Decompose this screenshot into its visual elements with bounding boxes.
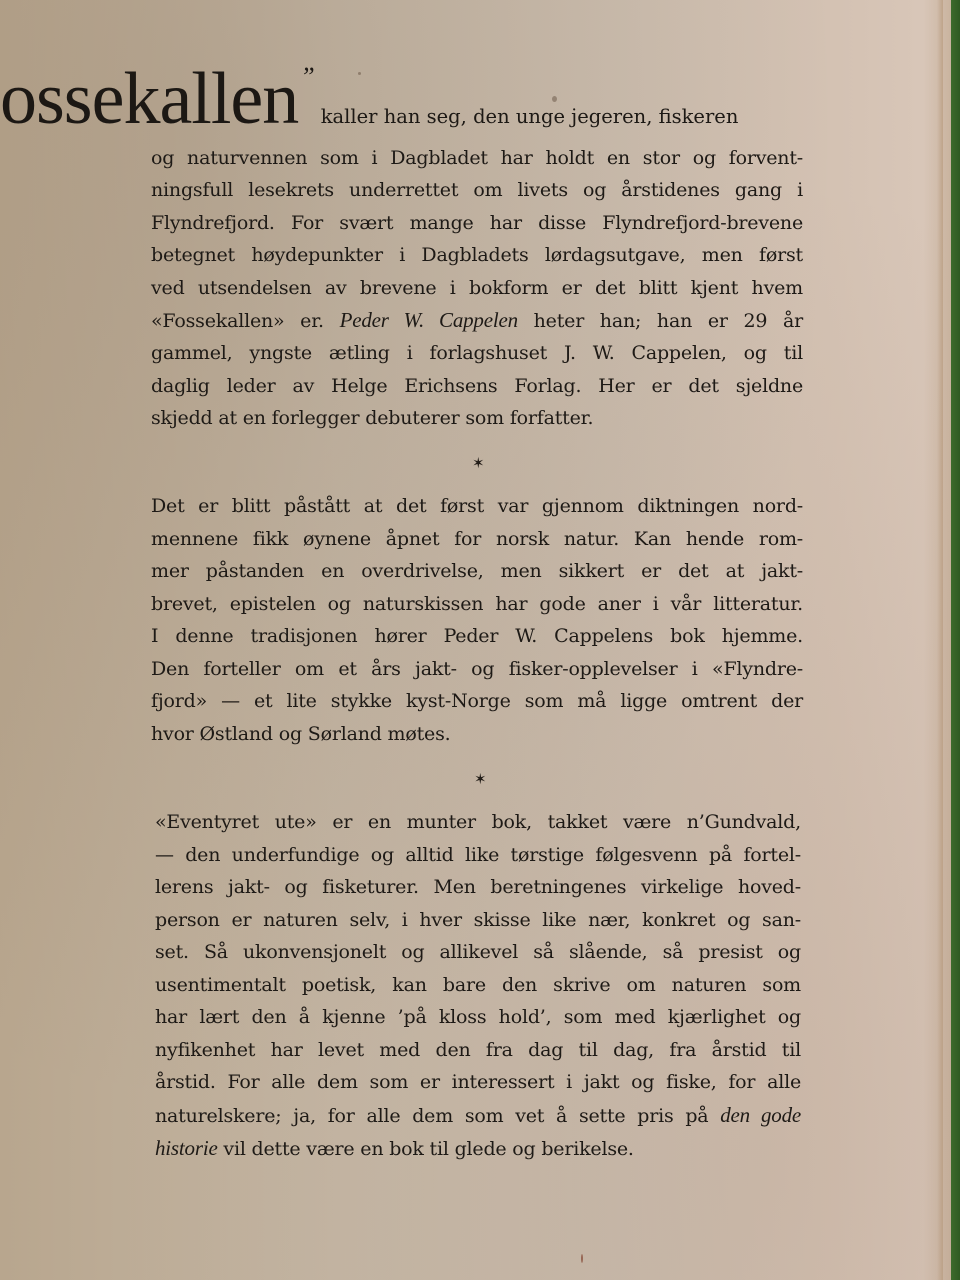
italic-phrase: den gode [720, 1103, 801, 1127]
text-fragment: vil dette være en bok til glede og berik… [223, 1138, 633, 1160]
text-fragment: heter han; han er 29 år [534, 310, 803, 332]
text-line: fjord» — et lite stykke kyst-Norge som m… [151, 685, 803, 718]
text-line: skjedd at en forlegger debuterer som for… [151, 402, 803, 434]
green-cover-edge [951, 0, 960, 1280]
text-line: gammel, yngste ætling i forlagshuset J. … [151, 337, 803, 369]
text-line: «Eventyret ute» er en munter bok, takket… [155, 806, 801, 839]
text-line: mer påstanden en overdrivelse, men sikke… [151, 555, 803, 588]
text-line: og naturvennen som i Dagbladet har holdt… [151, 142, 803, 174]
text-line: ved utsendelsen av brevene i bokform er … [151, 272, 803, 304]
text-line: betegnet høydepunkter i Dagbladets lørda… [151, 239, 803, 271]
closing-quote: ” [300, 62, 314, 91]
text-line: brevet, epistelen og naturskissen har go… [151, 588, 803, 621]
book-page: ossekallen”kaller han seg, den unge jege… [0, 0, 952, 1280]
page-edge-shadow [937, 0, 943, 1280]
text-line: Den forteller om et års jakt- og fisker-… [151, 653, 803, 686]
paper-speck [581, 1254, 583, 1263]
text-line: I denne tradisjonen hører Peder W. Cappe… [151, 620, 803, 653]
author-name-italic: Peder W. Cappelen [340, 308, 518, 332]
text-line: Det er blitt påstått at det først var gj… [151, 490, 803, 523]
paragraph-1: og naturvennen som i Dagbladet har holdt… [151, 142, 803, 435]
section-separator-asterisk: ✶ [474, 770, 487, 788]
text-line-with-italic: naturelskere; ja, for alle dem som vet å… [155, 1099, 801, 1133]
title-tail-text: kaller han seg, den unge jegeren, fisker… [321, 105, 739, 128]
text-line-with-italic: «Fossekallen» er. Peder W. Cappelen hete… [151, 304, 803, 337]
text-fragment: naturelskere; ja, for alle dem som vet å… [155, 1105, 708, 1127]
text-line: mennene fikk øynene åpnet for norsk natu… [151, 523, 803, 556]
section-separator-asterisk: ✶ [472, 454, 485, 472]
text-line: set. Så ukonvensjonelt og allikevel så s… [155, 936, 801, 969]
text-line: ningsfull lesekrets underrettet om livet… [151, 174, 803, 206]
italic-phrase: historie [155, 1136, 218, 1160]
text-line: — den underfundige og alltid like tørsti… [155, 839, 801, 872]
text-line: lerens jakt- og fisketurer. Men beretnin… [155, 871, 801, 904]
text-line: nyfikenhet har levet med den fra dag til… [155, 1034, 801, 1067]
text-line: usentimentalt poetisk, kan bare den skri… [155, 969, 801, 1002]
text-line: hvor Østland og Sørland møtes. [151, 718, 803, 751]
title-word: ossekallen [0, 58, 298, 140]
text-line: person er naturen selv, i hver skisse li… [155, 904, 801, 937]
text-line: Flyndrefjord. For svært mange har disse … [151, 207, 803, 239]
text-line: har lært den å kjenne ’på kloss hold’, s… [155, 1001, 801, 1034]
text-line: årstid. For alle dem som er interessert … [155, 1066, 801, 1099]
text-fragment: «Fossekallen» er. [151, 310, 324, 332]
text-line: daglig leder av Helge Erichsens Forlag. … [151, 370, 803, 402]
title-line: ossekallen”kaller han seg, den unge jege… [0, 62, 738, 136]
paragraph-3: «Eventyret ute» er en munter bok, takket… [155, 806, 801, 1166]
paragraph-2: Det er blitt påstått at det først var gj… [151, 490, 803, 750]
text-line-with-italic: historie vil dette være en bok til glede… [155, 1132, 801, 1166]
